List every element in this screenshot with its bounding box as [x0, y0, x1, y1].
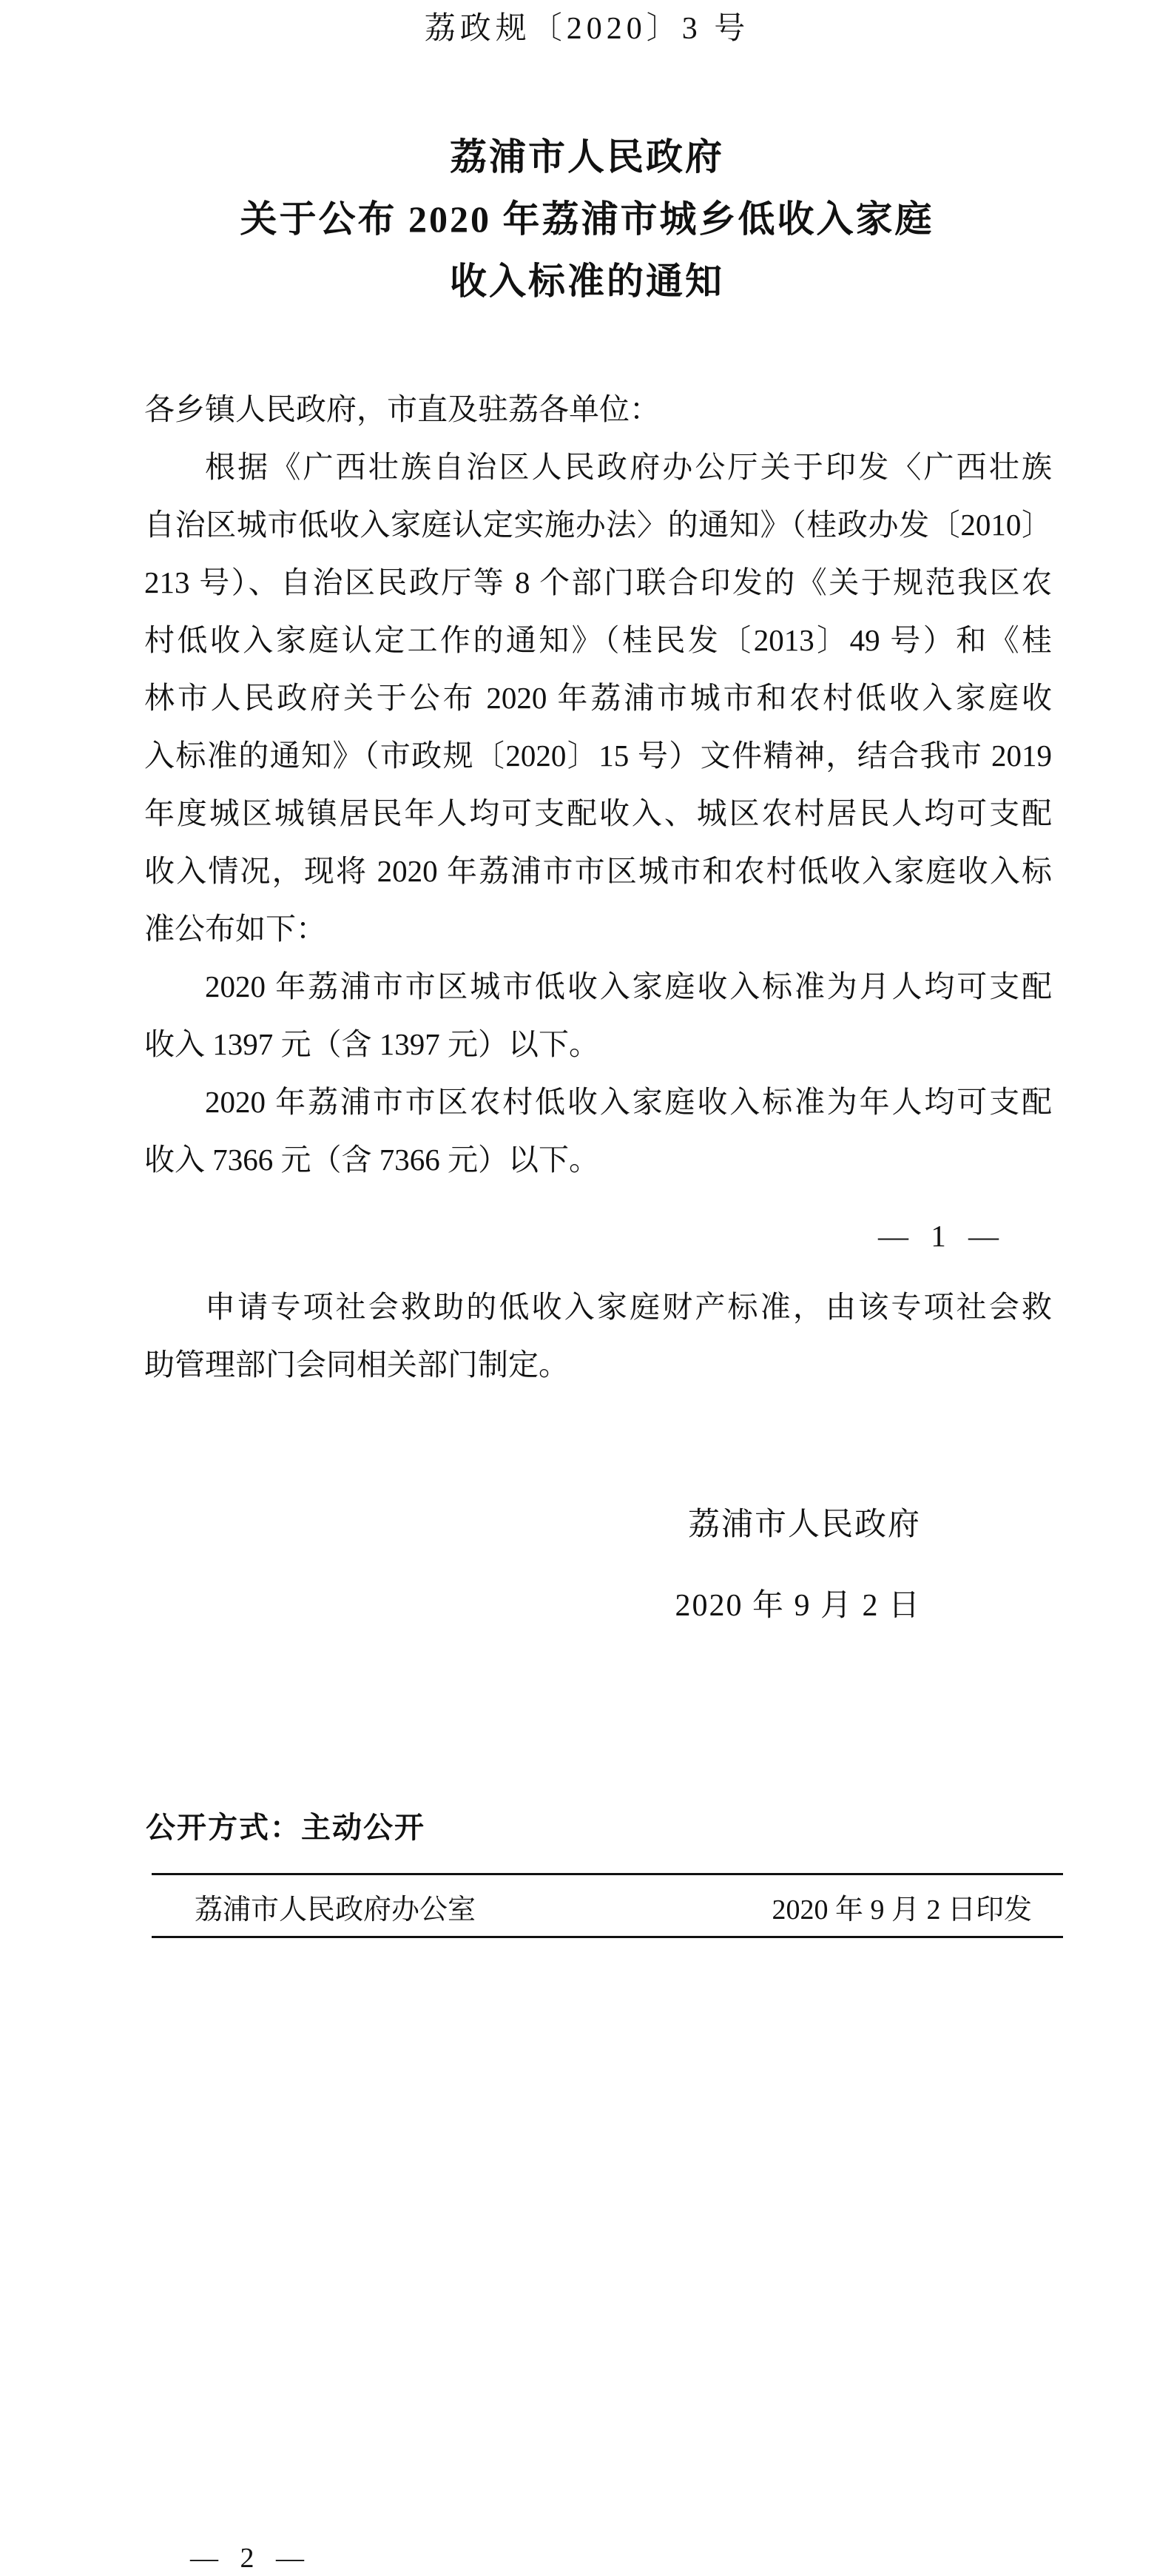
signature-org: 荔浦市人民政府	[675, 1496, 921, 1554]
footer-print-date: 2020 年 9 月 2 日印发	[772, 1886, 1032, 1934]
signature-date: 2020 年 9 月 2 日	[675, 1577, 921, 1635]
footer-issuer-row: 荔浦市人民政府办公室 2020 年 9 月 2 日印发	[152, 1886, 1063, 1934]
body-line: 林市人民政府关于公布 2020 年荔浦市城市和农村低收入家庭收	[144, 669, 1052, 727]
body-line: 自治区城市低收入家庭认定实施办法〉的通知》（桂政办发〔2010〕	[144, 496, 1052, 554]
body-line: 根据《广西壮族自治区人民政府办公厅关于印发〈广西壮族	[144, 438, 1052, 496]
doc-title: 荔浦市人民政府 关于公布 2020 年荔浦市城乡低收入家庭 收入标准的通知	[0, 126, 1174, 312]
page-number-1: — 1 —	[878, 1217, 1006, 1254]
body-line: 收入 7366 元（含 7366 元）以下。	[144, 1131, 1052, 1188]
doc-title-line-3: 收入标准的通知	[0, 250, 1174, 312]
publicity-method-label: 公开方式：主动公开	[146, 1812, 425, 1844]
page-number-2: — 2 —	[190, 2540, 311, 2576]
body-line: 申请专项社会救助的低收入家庭财产标准，由该专项社会救	[144, 1278, 1052, 1336]
body-line: 村低收入家庭认定工作的通知》（桂民发〔2013〕49 号）和《桂	[144, 611, 1052, 669]
body-line: 213 号）、自治区民政厅等 8 个部门联合印发的《关于规范我区农	[144, 554, 1052, 611]
salutation-line: 各乡镇人民政府，市直及驻荔各单位：	[144, 380, 1052, 438]
doc-title-line-1: 荔浦市人民政府	[0, 126, 1174, 188]
body-line: 收入情况，现将 2020 年荔浦市市区城市和农村低收入家庭收入标	[144, 842, 1052, 900]
body-line: 2020 年荔浦市市区城市低收入家庭收入标准为月人均可支配	[144, 958, 1052, 1015]
footer-issuer-office: 荔浦市人民政府办公室	[195, 1886, 476, 1934]
footer-divider-top	[152, 1873, 1063, 1875]
body-line: 入标准的通知》（市政规〔2020〕15 号）文件精神，结合我市 2019	[144, 727, 1052, 784]
body-line: 准公布如下：	[144, 900, 1052, 958]
body-line: 2020 年荔浦市市区农村低收入家庭收入标准为年人均可支配	[144, 1073, 1052, 1131]
body-line: 收入 1397 元（含 1397 元）以下。	[144, 1015, 1052, 1073]
signature-block: 荔浦市人民政府 2020 年 9 月 2 日	[675, 1496, 921, 1635]
footer-divider-bottom	[152, 1936, 1063, 1938]
body-page-1: 各乡镇人民政府，市直及驻荔各单位： 根据《广西壮族自治区人民政府办公厅关于印发〈…	[144, 380, 1052, 1188]
body-line: 年度城区城镇居民年人均可支配收入、城区农村居民人均可支配	[144, 784, 1052, 842]
doc-reference-number: 荔政规〔2020〕3 号	[0, 7, 1174, 50]
document-page: 荔政规〔2020〕3 号 荔浦市人民政府 关于公布 2020 年荔浦市城乡低收入…	[0, 0, 1174, 2576]
doc-title-line-2: 关于公布 2020 年荔浦市城乡低收入家庭	[0, 188, 1174, 250]
body-page-2: 申请专项社会救助的低收入家庭财产标准，由该专项社会救 助管理部门会同相关部门制定…	[144, 1278, 1052, 1393]
body-line: 助管理部门会同相关部门制定。	[144, 1336, 1052, 1393]
